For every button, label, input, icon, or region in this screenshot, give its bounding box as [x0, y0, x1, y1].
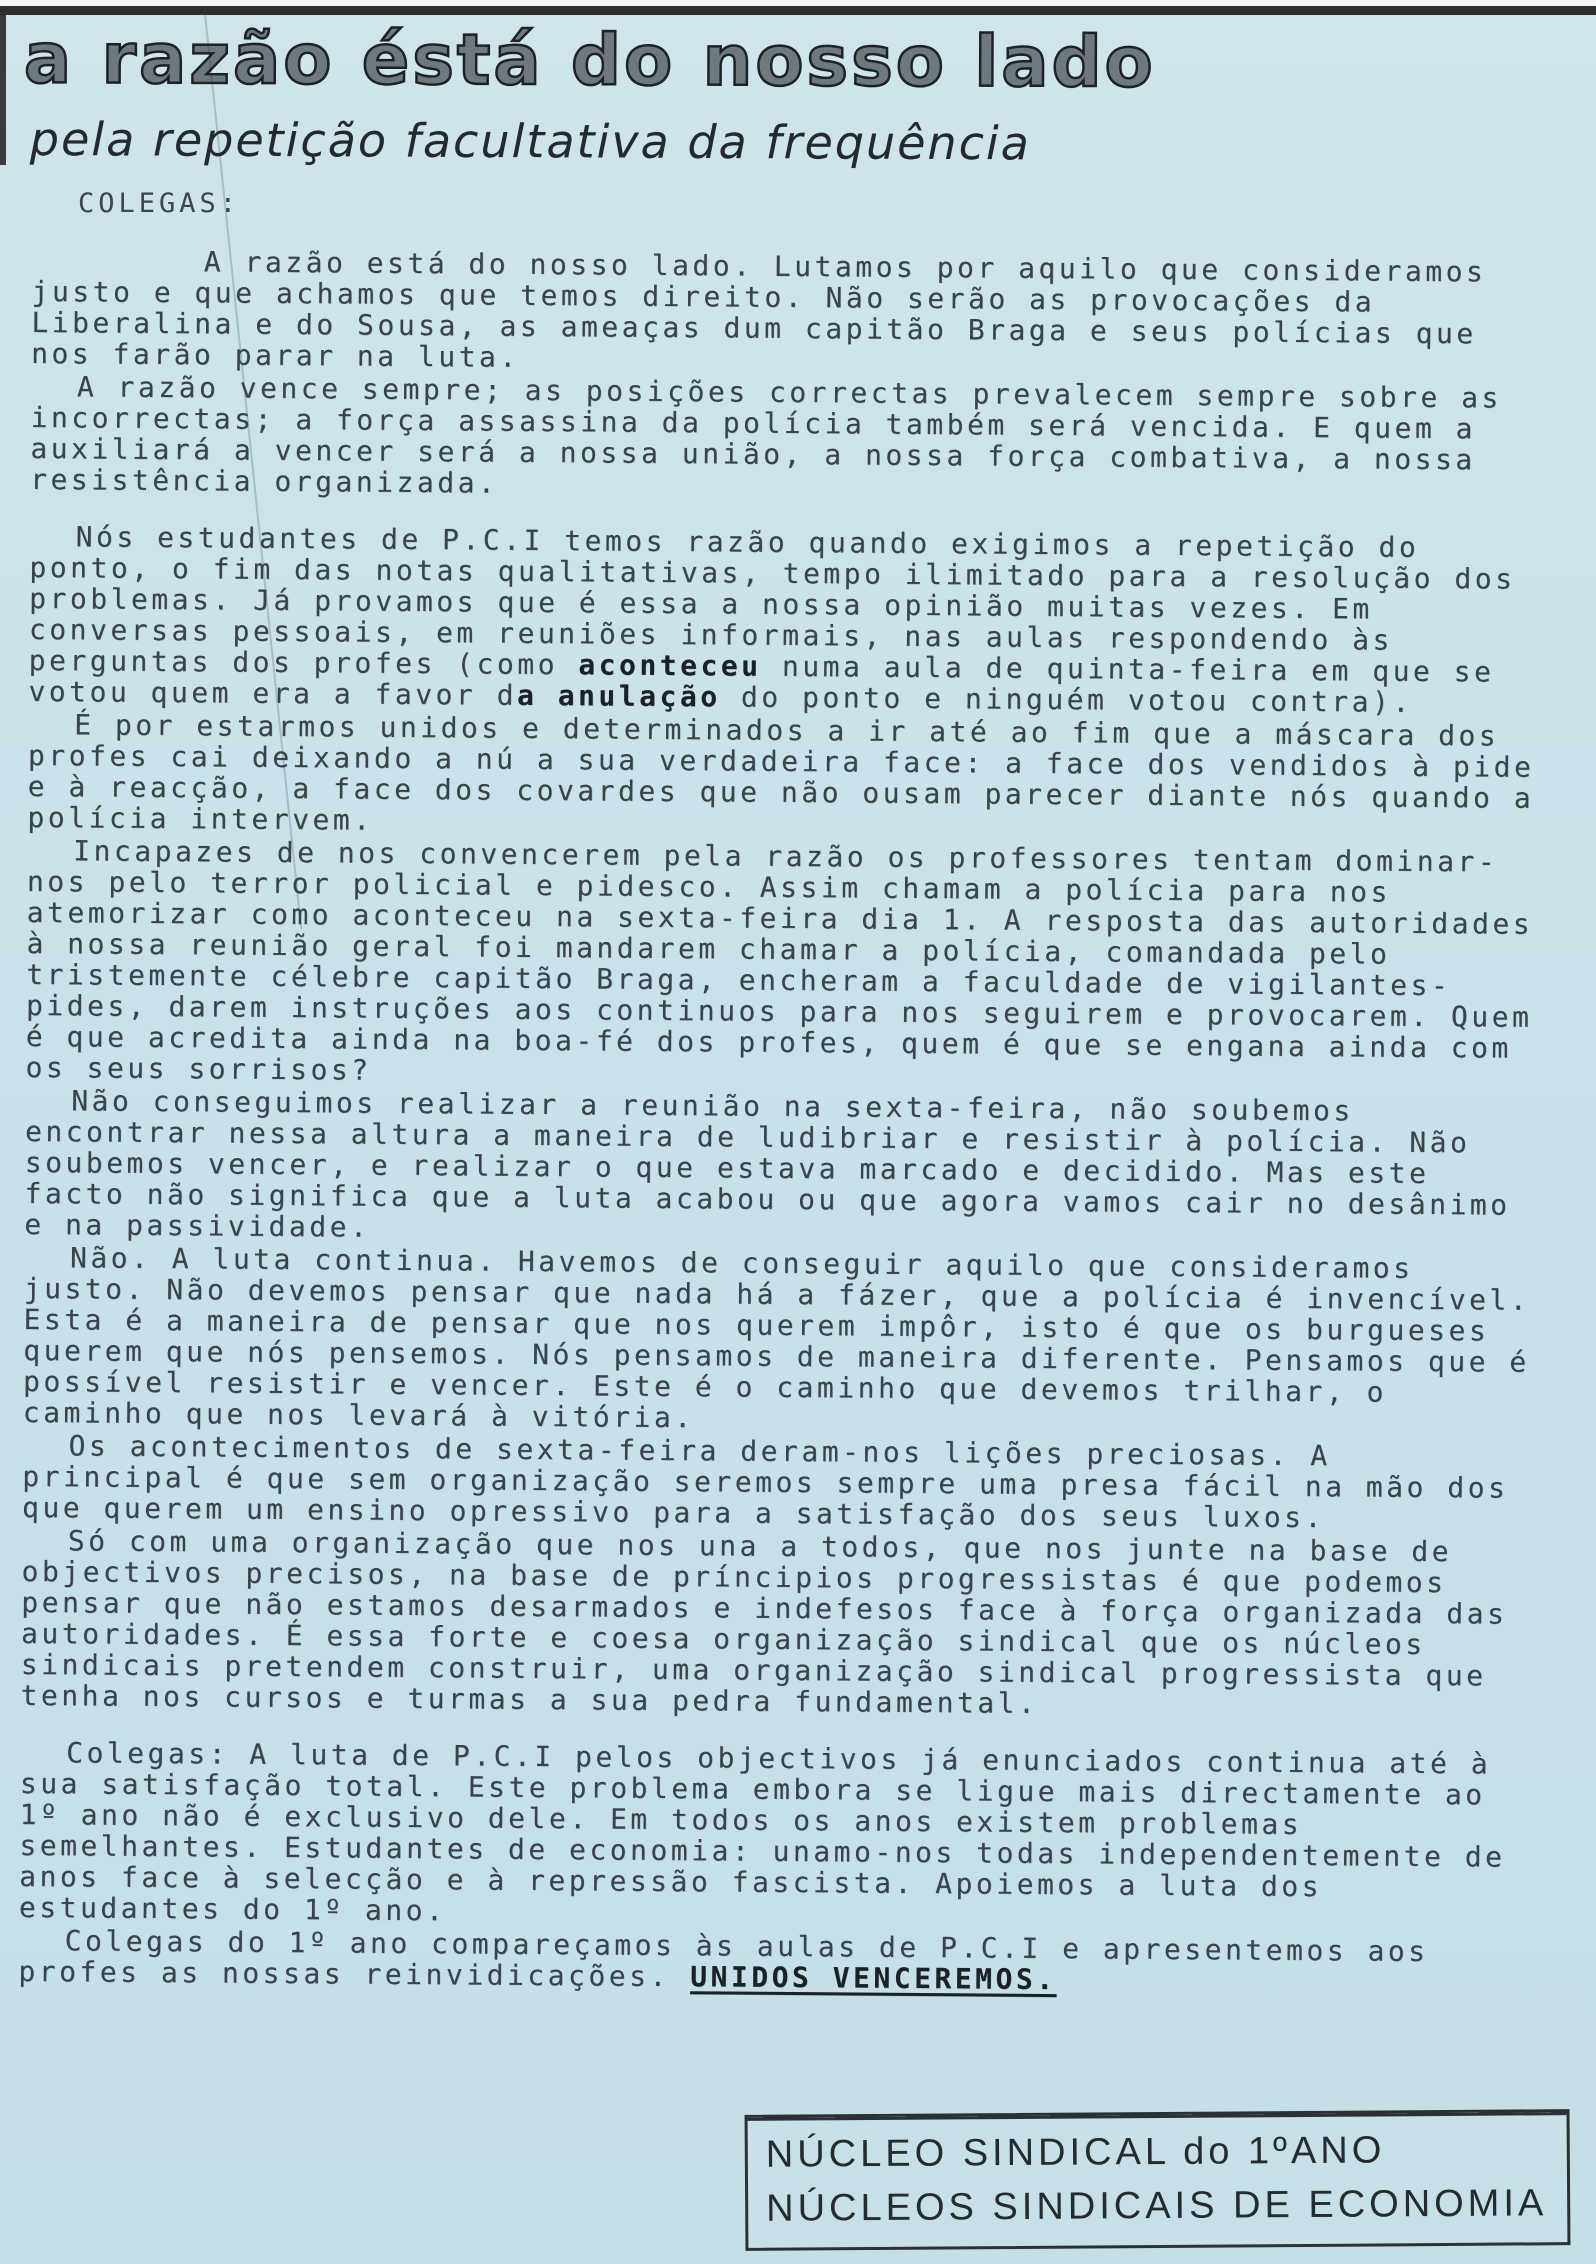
flyer-title: a razão éstá do nosso lado [24, 17, 1596, 104]
paragraph: Só com uma organização que nos una a tod… [20, 1525, 1531, 1723]
slogan-underlined: UNIDOS VENCEREMOS. [690, 1960, 1057, 1996]
salutation: COLEGAS: [78, 188, 1596, 219]
paragraph: Incapazes de nos convencerem pela razão … [25, 835, 1537, 1095]
body-run: Não. A luta continua. Havemos de consegu… [23, 1241, 1531, 1434]
body-run: É por estarmos unidos e determinados a i… [27, 708, 1534, 836]
body-run: A razão está do nosso lado. Lutamos por … [31, 245, 1486, 373]
emphasis-text: aconteceu [578, 648, 761, 682]
emphasis-text: a anulação [517, 679, 721, 714]
body-text: A razão está do nosso lado. Lutamos por … [18, 245, 1542, 1999]
paragraph: Não conseguimos realizar a reunião na se… [24, 1085, 1535, 1252]
paragraph: Nós estudantes de P.C.I temos razão quan… [28, 521, 1539, 719]
paragraph: Não. A luta continua. Havemos de consegu… [23, 1242, 1534, 1440]
body-run: Colegas: A luta de P.C.I pelos objectivo… [19, 1736, 1506, 1927]
body-run: Os acontecimentos de sexta-feira deram-n… [22, 1429, 1509, 1534]
flyer-subtitle: pela repetição facultativa da frequência [30, 112, 1596, 173]
paragraph: Colegas do 1º ano compareçamos às aulas … [18, 1925, 1528, 1999]
body-run: Não conseguimos realizar a reunião na se… [24, 1084, 1511, 1243]
paragraph: Os acontecimentos de sexta-feira deram-n… [22, 1430, 1533, 1535]
body-run: Só com uma organização que nos una a tod… [20, 1524, 1507, 1720]
paragraph: É por estarmos unidos e determinados a i… [27, 709, 1538, 845]
flyer-header: a razão éstá do nosso lado pela repetiçã… [0, 0, 1596, 219]
scanned-flyer-page: a razão éstá do nosso lado pela repetiçã… [0, 0, 1596, 2264]
paragraph: Colegas: A luta de P.C.I pelos objectivo… [19, 1737, 1530, 1935]
body-run: Incapazes de nos convencerem pela razão … [25, 834, 1533, 1086]
signature-line-1: NÚCLEO SINDICAL do 1ºANO [766, 2122, 1547, 2181]
signature-line-2: NÚCLEOS SINDICAIS DE ECONOMIA [766, 2176, 1547, 2235]
paragraph: A razão vence sempre; as posições correc… [30, 371, 1541, 507]
body-run: do ponto e ninguém votou contra). [720, 680, 1412, 718]
body-run: A razão vence sempre; as posições correc… [30, 370, 1502, 499]
signature-box: NÚCLEO SINDICAL do 1ºANO NÚCLEOS SINDICA… [744, 2109, 1570, 2251]
paragraph: A razão está do nosso lado. Lutamos por … [31, 245, 1542, 381]
